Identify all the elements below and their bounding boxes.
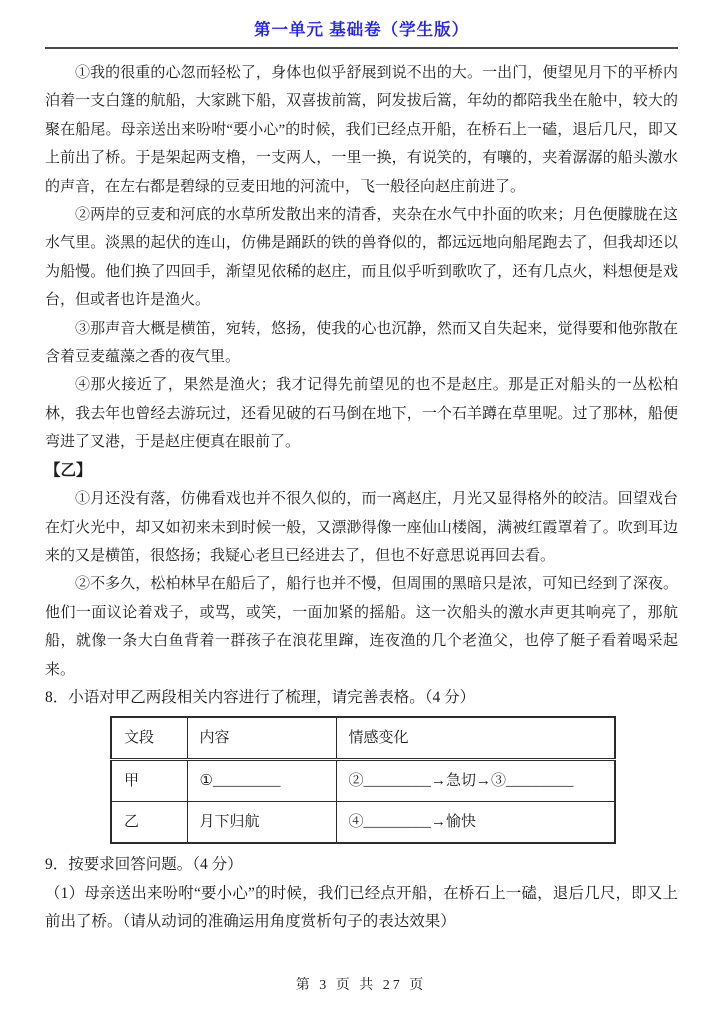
table-header-cell-neirong: 内容 <box>187 717 336 760</box>
table-cell-jia-emotion-blanks: ②_________→急切→③_________ <box>336 760 615 802</box>
title-divider <box>45 47 678 49</box>
question-9-stem: 9．按要求回答问题。（4 分） <box>45 851 678 879</box>
question-9-sub1: （1）母亲送出来吩咐“要小心”的时候，我们已经点开船，在桥石上一磕，退后几尺，即… <box>45 880 678 937</box>
section-label-yi: 【乙】 <box>45 457 678 485</box>
table-header-cell-duan: 文段 <box>111 717 187 760</box>
table-cell-yi-label: 乙 <box>111 802 187 844</box>
passage-jia-paragraph-2: ②两岸的豆麦和河底的水草所发散出来的清香，夹杂在水气中扑面的吹来；月色便朦胧在这… <box>45 201 678 315</box>
table-header-row: 文段 内容 情感变化 <box>111 717 615 760</box>
passage-yi: ①月还没有落，仿佛看戏也并不很久似的，而一离赵庄，月光又显得格外的皎洁。回望戏台… <box>45 485 678 684</box>
passage-jia-paragraph-3: ③那声音大概是横笛，宛转，悠扬，使我的心也沉静，然而又自失起来，觉得要和他弥散在… <box>45 315 678 372</box>
question-8-table: 文段 内容 情感变化 甲 ①_________ ②_________→急切→③_… <box>110 716 616 844</box>
table-cell-jia-label: 甲 <box>111 760 187 802</box>
table-cell-yi-content: 月下归航 <box>187 802 336 844</box>
table-row-yi: 乙 月下归航 ④_________→愉快 <box>111 802 615 844</box>
exam-page: 第一单元 基础卷（学生版） ①我的很重的心忽而轻松了，身体也似乎舒展到说不出的大… <box>0 0 722 1024</box>
page-footer: 第 3 页 共 27 页 <box>0 974 722 994</box>
passage-jia: ①我的很重的心忽而轻松了，身体也似乎舒展到说不出的大。一出门，便望见月下的平桥内… <box>45 59 678 457</box>
question-8-stem: 8．小语对甲乙两段相关内容进行了梳理，请完善表格。（4 分） <box>45 684 678 712</box>
passage-yi-paragraph-1: ①月还没有落，仿佛看戏也并不很久似的，而一离赵庄，月光又显得格外的皎洁。回望戏台… <box>45 485 678 570</box>
table-header-cell-qinggan: 情感变化 <box>336 717 615 760</box>
table-cell-jia-content-blank: ①_________ <box>187 760 336 802</box>
passage-jia-paragraph-1: ①我的很重的心忽而轻松了，身体也似乎舒展到说不出的大。一出门，便望见月下的平桥内… <box>45 59 678 201</box>
passage-yi-paragraph-2: ②不多久，松柏林早在船后了，船行也并不慢，但周围的黑暗只是浓，可知已经到了深夜。… <box>45 570 678 684</box>
table-row-jia: 甲 ①_________ ②_________→急切→③_________ <box>111 760 615 802</box>
page-title: 第一单元 基础卷（学生版） <box>45 16 678 40</box>
passage-jia-paragraph-4: ④那火接近了，果然是渔火；我才记得先前望见的也不是赵庄。那是正对船头的一丛松柏林… <box>45 371 678 456</box>
table-cell-yi-emotion-blank: ④_________→愉快 <box>336 802 615 844</box>
